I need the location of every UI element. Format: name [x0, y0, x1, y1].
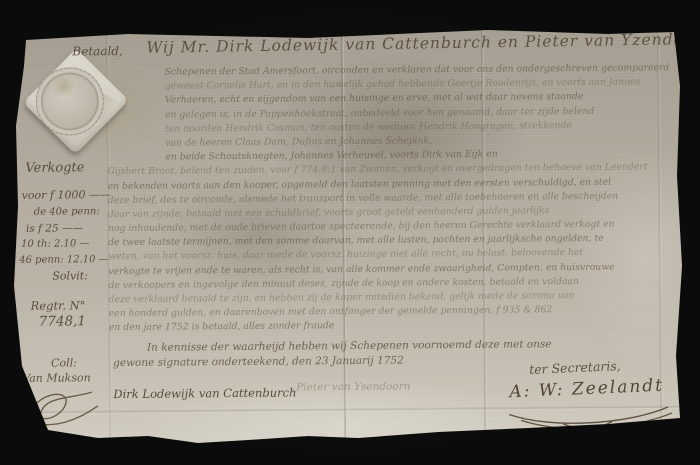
closing-line: In kennisse der waarheijd hebben wij Sch…: [147, 338, 552, 354]
margin-tax-line: 46 penn: 12.10 —: [19, 254, 109, 266]
schepen-signature-1: Dirk Lodewijk van Cattenburch: [113, 385, 296, 401]
seal-text-wrap-spacer: [107, 66, 166, 160]
margin-amount-line: voor f 1000 ——: [22, 188, 111, 202]
document-content: Betaald, Wij Mr. Dirk Lodewijk van Catte…: [6, 23, 694, 448]
margin-solvit-note: Solvit:: [52, 269, 88, 282]
document-title: Wij Mr. Dirk Lodewijk van Cattenburch en…: [146, 30, 700, 57]
closing-line: gewone signature onderteekend, den 23 Ja…: [113, 355, 404, 370]
margin-tax-line: 10 th: 2.10 —: [21, 238, 89, 250]
photo-stage: Betaald, Wij Mr. Dirk Lodewijk van Catte…: [0, 0, 700, 465]
margin-tax-line: de 40e penn:: [34, 206, 100, 218]
secretary-signature: A: W: Zeelandt: [509, 376, 664, 403]
paid-note: Betaald,: [72, 44, 123, 58]
secretary-signature-flourish: [503, 403, 678, 433]
registry-label: Regtr. N°: [31, 298, 86, 312]
collation-label: Coll:: [51, 356, 77, 369]
registry-number: 7748,1: [39, 313, 86, 329]
secretary-title: ter Secretaris,: [529, 358, 621, 377]
seal-stain: [51, 76, 77, 96]
document-paper: Betaald, Wij Mr. Dirk Lodewijk van Catte…: [8, 26, 692, 445]
schepen-signature-2: Pieter van Ysendoorn: [296, 380, 410, 393]
clerk-paraph-flourish: [19, 384, 104, 430]
document-body: Schepenen der Stad Amersfoort, oirconden…: [107, 61, 671, 335]
margin-sale-label: Verkogte: [25, 160, 84, 176]
collation-name: Van Mukson: [22, 371, 91, 385]
margin-tax-line: is f 25 ——: [26, 222, 83, 234]
